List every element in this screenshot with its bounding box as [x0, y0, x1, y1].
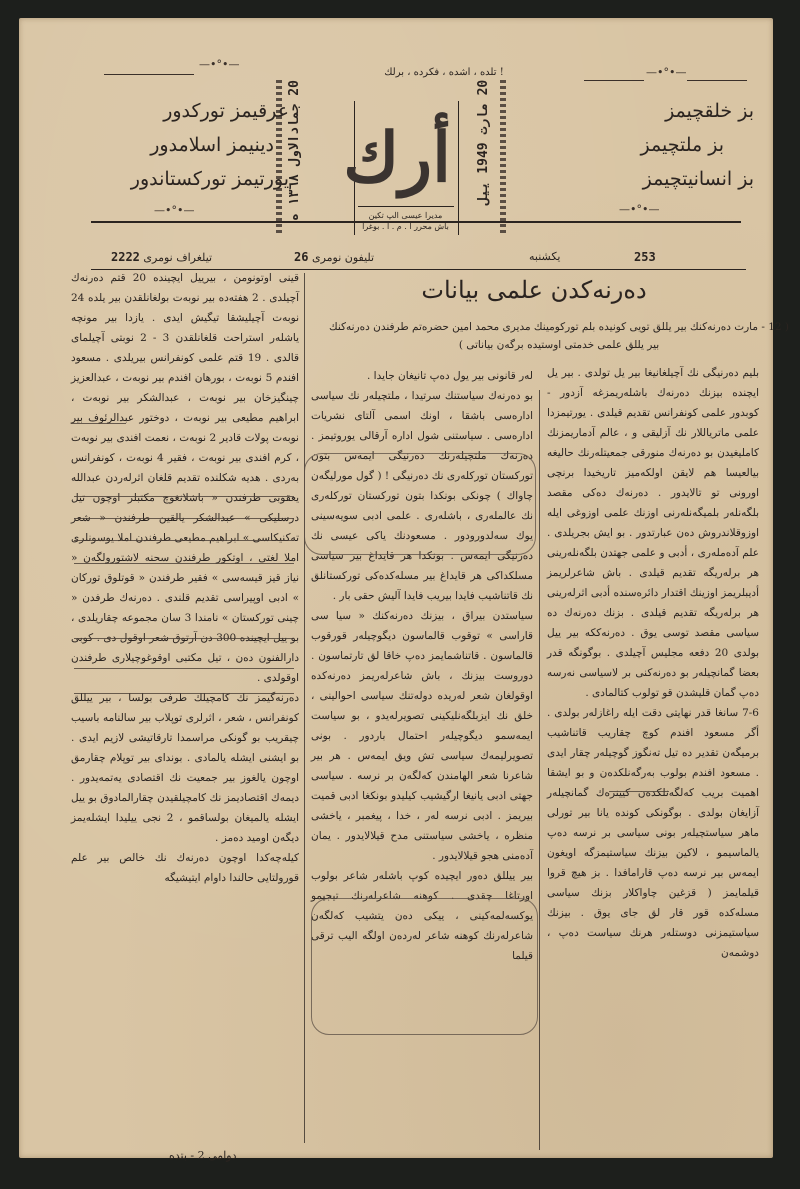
vertical-ornament: [500, 80, 506, 233]
slogan-line: بز انسانیتچیمز: [549, 162, 754, 196]
telephone-number: 26: [294, 250, 308, 264]
handwritten-underline: [74, 518, 294, 519]
top-motto: تلده ، اشده ، فکرده ، برلك !: [349, 67, 539, 78]
left-column: قینی اوتونومن ، بیرییل ایچیندە 20 قتم دە…: [71, 268, 299, 888]
ornament-rule: [687, 80, 747, 81]
slogan-line: یورتیمز توركستاندور: [89, 162, 289, 196]
paragraph: بلیم دەرنیگی نك آچیلغانیغا بیر یل تولدی …: [547, 363, 759, 703]
paragraph: دەرنەگیمز نك کامچیلك طرفی بولسا ، بیر یی…: [71, 688, 299, 848]
hijri-date: 20 جمادالاول ١٣٦٨ ه: [287, 80, 302, 235]
telegraph-label: تیلغراف نومری: [143, 251, 212, 264]
paragraph: 7-6 سانغا قدر نهایتی دقت ایلە راغازلەر ب…: [547, 703, 759, 963]
handwritten-underline: [74, 563, 294, 564]
right-slogans: بز خلقچیمز بز ملتچیمز بز انسانیتچیمز: [549, 94, 754, 196]
handwritten-underline: [71, 423, 126, 424]
paragraph: سیاستدن بیراق ، بیزنك دەرنەکنك « سیا سی …: [311, 606, 533, 866]
newspaper-page: —•°•— —•°•— تلده ، اشده ، فکرده ، برلك !…: [19, 18, 773, 1158]
handwritten-underline: [74, 540, 294, 541]
ornament: —•°•—: [154, 204, 194, 217]
telegraph-number: 2222: [111, 250, 140, 264]
ornament-rule: [104, 74, 194, 75]
newspaper-logo: أرك: [371, 113, 451, 203]
ornament: —•°•—: [646, 66, 686, 79]
logo-underline: [358, 206, 454, 207]
gregorian-date: 20 مارت 1949 ییل: [476, 80, 491, 235]
weekday: یکشنبه: [529, 250, 561, 263]
slogan-line: عرقیمز توركدور: [89, 94, 289, 128]
handwritten-circle: [304, 453, 536, 555]
telephone-info: تلیفون نومری 26: [294, 250, 374, 264]
top-rule: [91, 221, 741, 223]
handwritten-underline: [609, 791, 669, 792]
slogan-line: بز خلقچیمز: [549, 94, 754, 128]
editor-line: مدیرا عیسی الپ تکین: [356, 210, 455, 221]
telephone-label: تلیفون نومری: [312, 251, 374, 264]
handwritten-underline: [74, 668, 294, 669]
slogan-line: دینیمز اسلامدور: [89, 128, 289, 162]
issue-number-value: 253: [634, 250, 656, 264]
ornament-rule: [584, 80, 644, 81]
paragraph: کیلەچەکدا اوچون دەرنەك نك خالص بیر علم ق…: [71, 848, 299, 888]
continued-note: دوامی 2 - بتدە: [169, 1149, 236, 1162]
left-slogans: عرقیمز توركدور دینیمز اسلامدور یورتیمز ت…: [89, 94, 289, 196]
slogan-line: بز ملتچیمز: [549, 128, 754, 162]
handwritten-underline: [74, 496, 294, 497]
handwritten-circle: [311, 898, 538, 1035]
telegraph-info: تیلغراف نومری 2222: [111, 250, 212, 264]
column-divider: [539, 390, 540, 1150]
ornament: —•°•—: [199, 58, 239, 71]
column-divider: [304, 273, 305, 1143]
ornament: —•°•—: [619, 203, 659, 216]
right-column: بلیم دەرنیگی نك آچیلغانیغا بیر یل تولدی …: [547, 363, 759, 963]
article-subhead: ( 12 - مارت دەرنەکنك بیر یللق تویی کونید…: [324, 318, 794, 354]
handwritten-underline: [74, 693, 294, 694]
article-headline: دەرنەکدن علمی بیانات: [349, 276, 719, 304]
issue-number: 253: [634, 250, 656, 264]
paragraph: قینی اوتونومن ، بیرییل ایچیندە 20 قتم دە…: [71, 268, 299, 688]
vertical-ornament: [276, 80, 282, 233]
paragraph: لەر قانونی بیر یول دەپ تانیغان جایدا .: [311, 366, 533, 386]
handwritten-underline: [74, 638, 294, 639]
